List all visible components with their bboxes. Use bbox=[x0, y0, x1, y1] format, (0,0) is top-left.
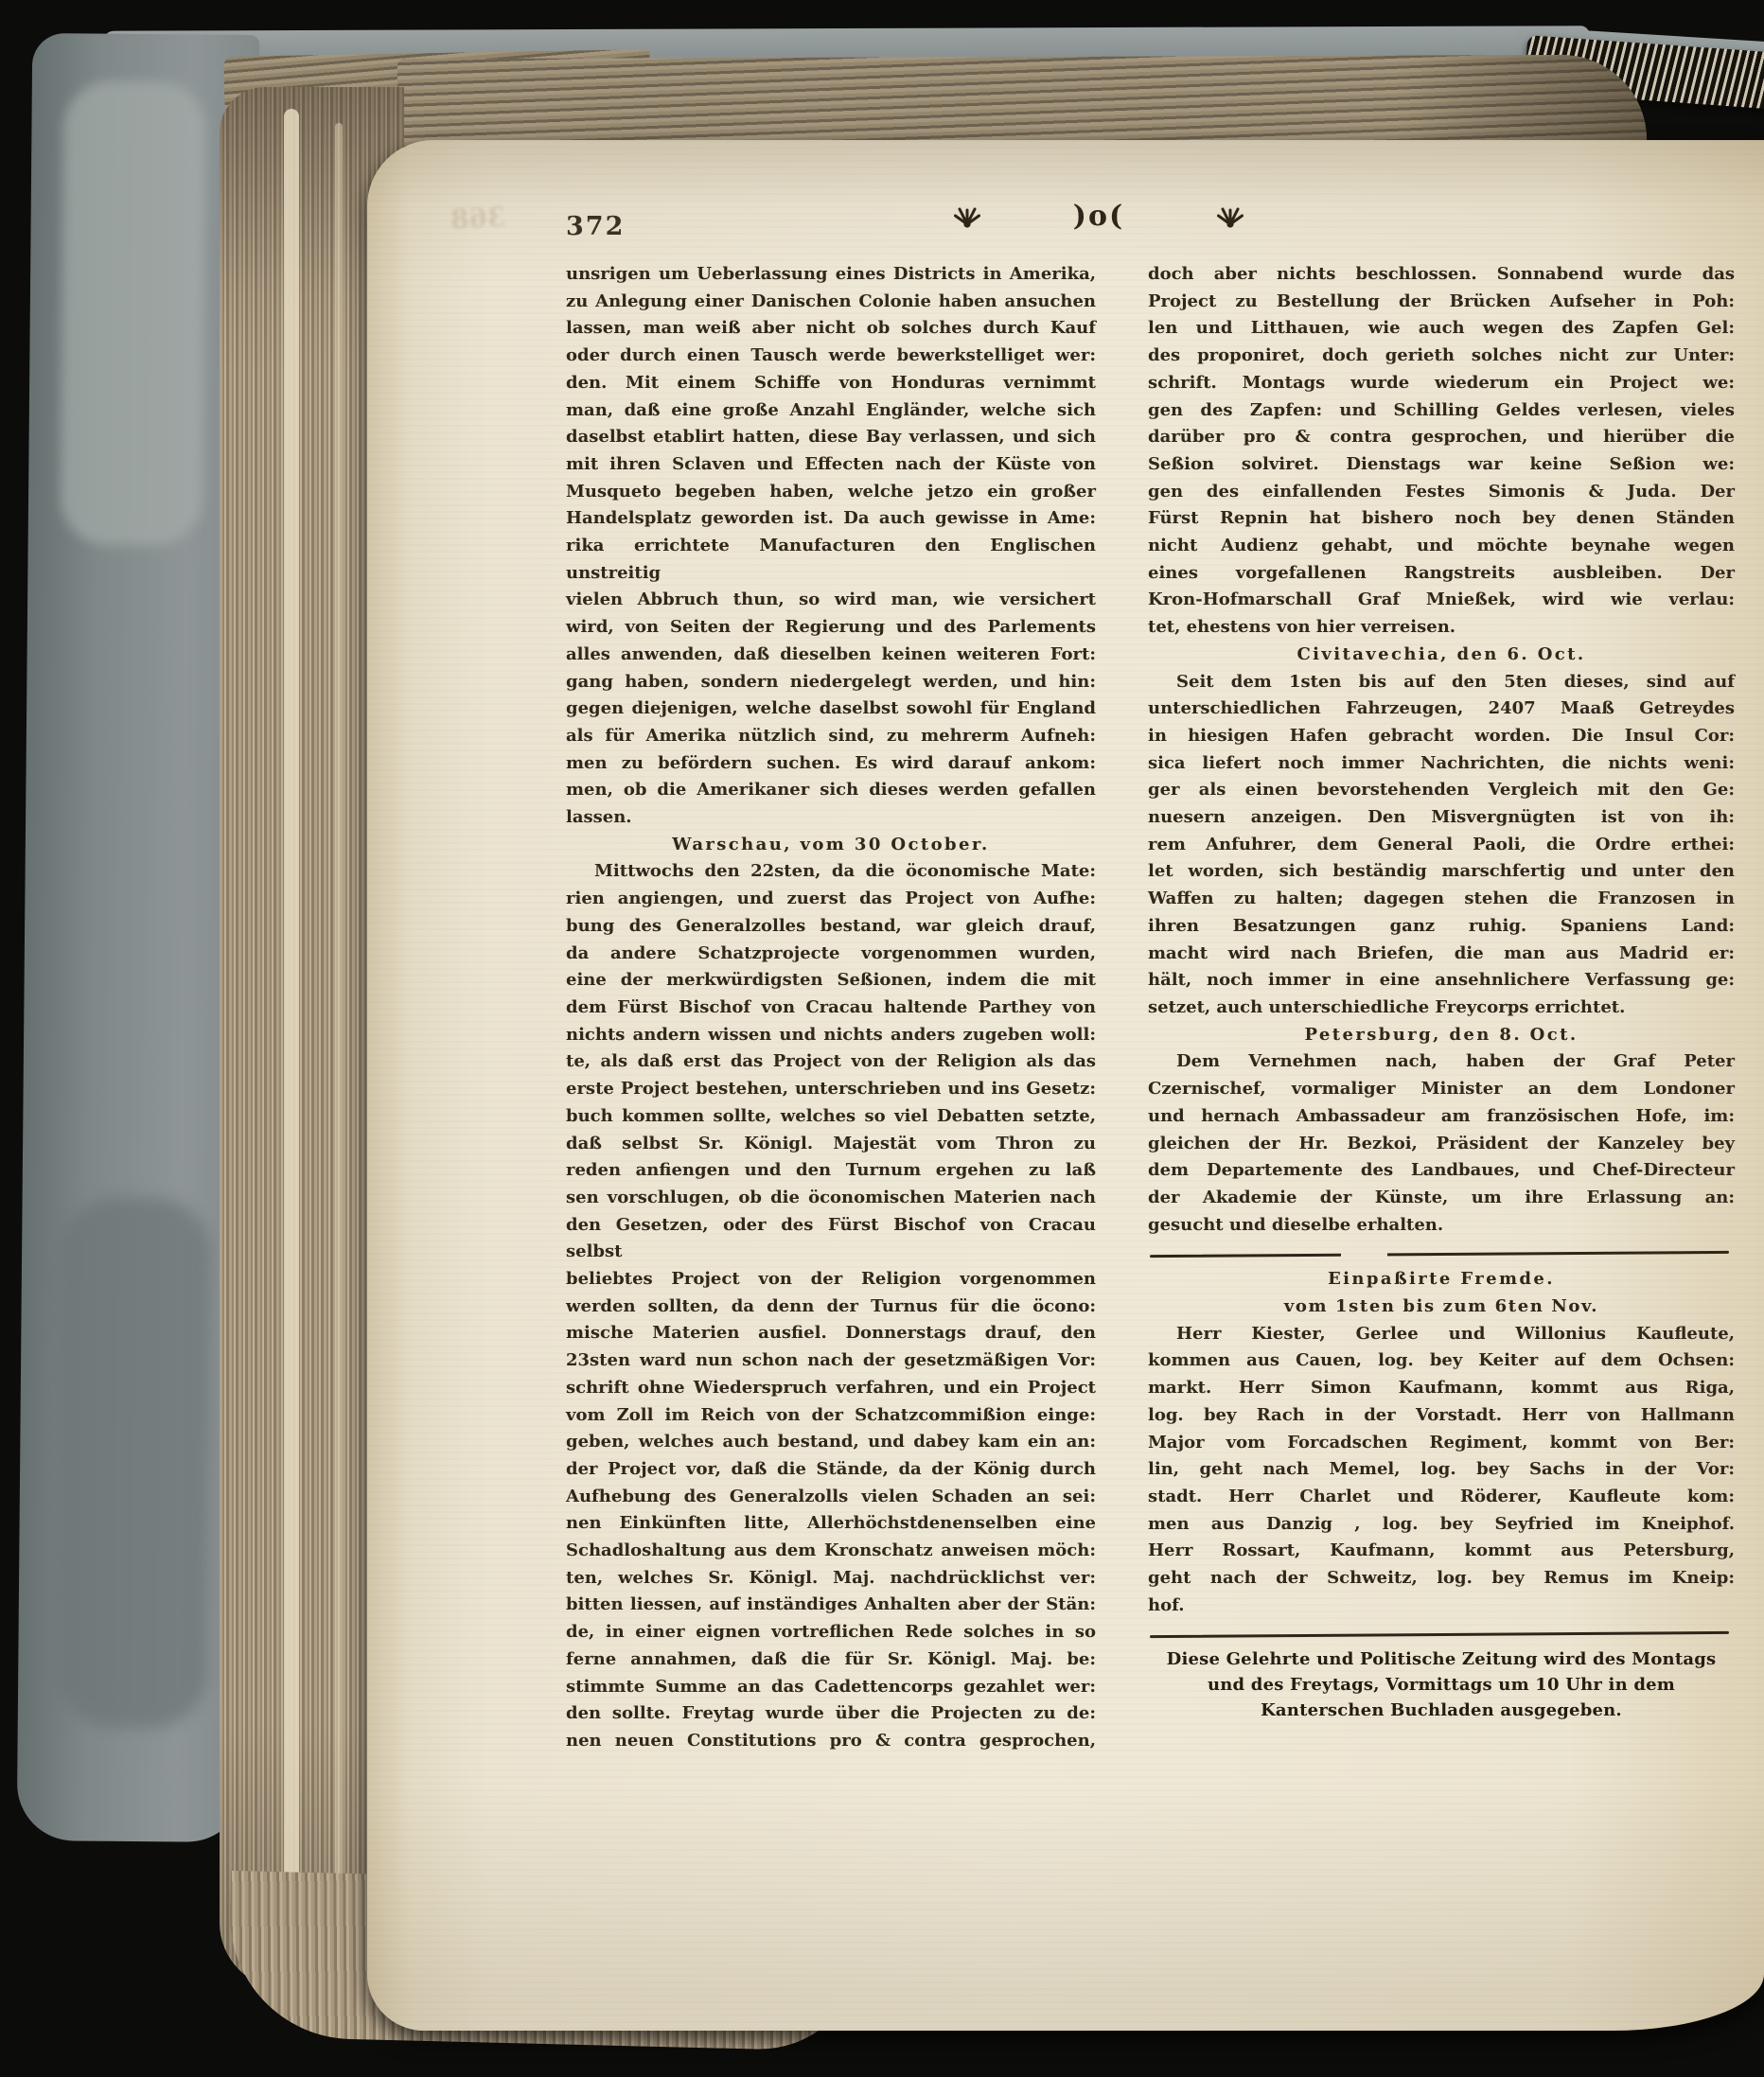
text-line: Dem Vernehmen nach, haben der Graf Peter bbox=[1148, 1048, 1735, 1076]
text-line: oder durch einen Tausch werde bewerkstel… bbox=[566, 343, 1096, 370]
text-line: markt. Herr Simon Kaufmann, kommt aus Ri… bbox=[1148, 1375, 1735, 1402]
text-line: den Gesetzen, oder des Fürst Bischof von… bbox=[566, 1212, 1096, 1266]
text-column-right: doch aber nichts beschlossen. Sonnabend … bbox=[1148, 261, 1735, 1723]
text-line: de, in einer eignen vortreflichen Rede s… bbox=[566, 1619, 1096, 1646]
text-line: stimmte Summe an das Cadettencorps gezah… bbox=[566, 1674, 1096, 1701]
text-line: Herr Rossart, Kaufmann, kommt aus Peters… bbox=[1148, 1538, 1735, 1565]
text-line: Schadloshaltung aus dem Kronschatz anwei… bbox=[566, 1538, 1096, 1565]
text-line: rien angiengen, und zuerst das Project v… bbox=[566, 886, 1096, 913]
text-line: man, daß eine große Anzahl Engländer, we… bbox=[566, 397, 1096, 425]
paragraph: Mittwochs den 22sten, da die öconomische… bbox=[566, 858, 1096, 1754]
text-line: bitten liessen, auf inständiges Anhalten… bbox=[566, 1592, 1096, 1619]
text-line: gleichen der Hr. Bezkoi, Präsident der K… bbox=[1148, 1131, 1735, 1158]
text-line: darüber pro & contra gesprochen, und hie… bbox=[1148, 424, 1735, 451]
shell-ornament-icon bbox=[952, 202, 982, 230]
section-rule bbox=[1150, 1631, 1729, 1638]
text-line: den sollte. Freytag wurde über die Proje… bbox=[566, 1700, 1096, 1728]
text-line: unterschiedlichen Fahrzeugen, 2407 Maaß … bbox=[1148, 695, 1735, 723]
text-line: vielen Abbruch thun, so wird man, wie ve… bbox=[566, 587, 1096, 614]
text-line: zu Anlegung einer Danischen Colonie habe… bbox=[566, 289, 1096, 316]
text-line: den. Mit einem Schiffe von Honduras vern… bbox=[566, 370, 1096, 397]
text-line: sen vorschlugen, ob die öconomischen Mat… bbox=[566, 1185, 1096, 1212]
text-line: werden sollten, da denn der Turnus für d… bbox=[566, 1294, 1096, 1321]
text-line: Fürst Repnin hat bishero noch bey denen … bbox=[1148, 505, 1735, 533]
text-line: Czernischef, vormaliger Minister an dem … bbox=[1148, 1076, 1735, 1103]
text-line: hält, noch immer in eine ansehnlichere V… bbox=[1148, 967, 1735, 994]
text-line: Mittwochs den 22sten, da die öconomische… bbox=[566, 858, 1096, 886]
text-line: dem Fürst Bischof von Cracau haltende Pa… bbox=[566, 994, 1096, 1022]
text-line: erste Project bestehen, unterschrieben u… bbox=[566, 1076, 1096, 1103]
text-line: daß selbst Sr. Königl. Majestät vom Thro… bbox=[566, 1131, 1096, 1158]
center-ornament: )o( bbox=[1073, 200, 1124, 233]
shell-ornament-icon bbox=[1215, 202, 1245, 230]
paragraph: unsrigen um Ueberlassung eines Districts… bbox=[566, 261, 1096, 832]
text-line: lin, geht nach Memel, log. bey Sachs in … bbox=[1148, 1456, 1735, 1484]
text-line: hof. bbox=[1148, 1593, 1735, 1620]
section-rule bbox=[1150, 1251, 1729, 1258]
text-line: gang haben, sondern niedergelegt werden,… bbox=[566, 669, 1096, 696]
text-line: Warschau, vom 30 October. bbox=[566, 832, 1096, 859]
text-line: Petersburg, den 8. Oct. bbox=[1148, 1022, 1735, 1049]
text-line: ihren Besatzungen ganz ruhig. Spaniens L… bbox=[1148, 913, 1735, 941]
text-line: bung des Generalzolles bestand, war glei… bbox=[566, 913, 1096, 941]
paragraph: doch aber nichts beschlossen. Sonnabend … bbox=[1148, 261, 1735, 642]
text-line: eines vorgefallenen Rangstreits ausbleib… bbox=[1148, 560, 1735, 588]
text-line: geben, welches auch bestand, und dabey k… bbox=[566, 1429, 1096, 1456]
page-stack-top-edge bbox=[397, 55, 1647, 154]
text-line: stadt. Herr Charlet und Röderer, Kaufleu… bbox=[1148, 1484, 1735, 1511]
text-line: und des Freytags, Vormittags um 10 Uhr i… bbox=[1148, 1672, 1735, 1698]
header-ornaments: )o( bbox=[952, 195, 1245, 237]
text-line: gen des einfallenden Festes Simonis & Ju… bbox=[1148, 479, 1735, 506]
text-line: da andere Schatzprojecte vorgenommen wur… bbox=[566, 941, 1096, 968]
book-page: 368 372 )o( bbox=[367, 140, 1764, 2031]
text-line: eine der merkwürdigsten Seßionen, indem … bbox=[566, 967, 1096, 994]
text-line: Aufhebung des Generalzolls vielen Schade… bbox=[566, 1484, 1096, 1511]
text-line: men, ob die Amerikaner sich dieses werde… bbox=[566, 777, 1096, 804]
text-line: alles anwenden, daß dieselben keinen wei… bbox=[566, 642, 1096, 669]
text-line: der Akademie der Künste, um ihre Erlassu… bbox=[1148, 1185, 1735, 1212]
text-line: len und Litthauen, wie auch wegen des Za… bbox=[1148, 315, 1735, 343]
dateline-heading: Civitavechia, den 6. Oct. bbox=[1148, 642, 1735, 669]
text-line: log. bey Rach in der Vorstadt. Herr von … bbox=[1148, 1402, 1735, 1430]
text-line: dem Departemente des Landbaues, und Chef… bbox=[1148, 1157, 1735, 1185]
text-column-left: unsrigen um Ueberlassung eines Districts… bbox=[566, 261, 1096, 1755]
paragraph: Dem Vernehmen nach, haben der Graf Peter… bbox=[1148, 1048, 1735, 1239]
text-line: ten, welches Sr. Königl. Maj. nachdrückl… bbox=[566, 1565, 1096, 1593]
text-line: buch kommen sollte, welches so viel Deba… bbox=[566, 1103, 1096, 1131]
text-line: lassen. bbox=[566, 804, 1096, 832]
text-line: vom 1sten bis zum 6ten Nov. bbox=[1148, 1294, 1735, 1321]
text-line: reden anfiengen und den Turnum ergehen z… bbox=[566, 1157, 1096, 1185]
text-line: ger als einen bevorstehenden Vergleich m… bbox=[1148, 777, 1735, 804]
text-line: geht nach der Schweitz, log. bey Remus i… bbox=[1148, 1565, 1735, 1593]
text-line: nichts andern wissen und nichts anders z… bbox=[566, 1022, 1096, 1049]
text-line: Diese Gelehrte und Politische Zeitung wi… bbox=[1148, 1646, 1735, 1672]
scanned-book-photo: 368 372 )o( bbox=[0, 0, 1764, 2077]
text-line: nen Einkünften litte, Allerhöchstdenense… bbox=[566, 1510, 1096, 1538]
text-line: in hiesigen Hafen gebracht worden. Die I… bbox=[1148, 723, 1735, 750]
text-line: gen des Zapfen: und Schilling Geldes ver… bbox=[1148, 397, 1735, 425]
text-line: schrift ohne Wiederspruch verfahren, und… bbox=[566, 1375, 1096, 1402]
page-number: 372 bbox=[566, 212, 625, 241]
text-line: 23sten ward nun schon nach der gesetzmäß… bbox=[566, 1347, 1096, 1375]
text-line: setzet, auch unterschiedliche Freycorps … bbox=[1148, 994, 1735, 1022]
page-stack-light-strip bbox=[284, 109, 299, 1954]
page-stack-light-strip bbox=[335, 123, 343, 1940]
text-line: Waffen zu halten; dagegen stehen die Fra… bbox=[1148, 886, 1735, 913]
text-line: lassen, man weiß aber nicht ob solches d… bbox=[566, 315, 1096, 343]
text-line: sica liefert noch immer Nachrichten, die… bbox=[1148, 750, 1735, 778]
text-line: rem Anfuhrer, dem General Paoli, die Ord… bbox=[1148, 832, 1735, 859]
text-line: Einpaßirte Fremde. bbox=[1148, 1266, 1735, 1294]
text-line: daselbst etablirt hatten, diese Bay verl… bbox=[566, 424, 1096, 451]
text-line: Handelsplatz geworden ist. Da auch gewis… bbox=[566, 505, 1096, 533]
text-line: schrift. Montags wurde wiederum ein Proj… bbox=[1148, 370, 1735, 397]
paragraph: Herr Kiester, Gerlee und Willonius Kaufl… bbox=[1148, 1321, 1735, 1620]
text-line: des proponiret, doch gerieth solches nic… bbox=[1148, 343, 1735, 370]
text-line: gesucht und dieselbe erhalten. bbox=[1148, 1212, 1735, 1240]
text-line: wird, von Seiten der Regierung und des P… bbox=[566, 614, 1096, 642]
text-line: unsrigen um Ueberlassung eines Districts… bbox=[566, 261, 1096, 289]
text-line: Herr Kiester, Gerlee und Willonius Kaufl… bbox=[1148, 1321, 1735, 1348]
text-line: der Project vor, daß die Stände, da der … bbox=[566, 1456, 1096, 1484]
text-line: mische Materien ausfiel. Donnerstags dra… bbox=[566, 1320, 1096, 1347]
text-line: beliebtes Project von der Religion vorge… bbox=[566, 1266, 1096, 1294]
text-line: tet, ehestens von hier verreisen. bbox=[1148, 614, 1735, 642]
text-line: rika errichtete Manufacturen den Englisc… bbox=[566, 533, 1096, 587]
text-line: te, als daß erst das Project von der Rel… bbox=[566, 1048, 1096, 1076]
text-line: als für Amerika nützlich sind, zu mehrer… bbox=[566, 723, 1096, 750]
text-line: doch aber nichts beschlossen. Sonnabend … bbox=[1148, 261, 1735, 289]
dateline-heading: Warschau, vom 30 October. bbox=[566, 832, 1096, 859]
text-line: gegen diejenigen, welche daselbst sowohl… bbox=[566, 695, 1096, 723]
paragraph: Seit dem 1sten bis auf den 5ten dieses, … bbox=[1148, 669, 1735, 1022]
text-line: men zu befördern suchen. Es wird darauf … bbox=[566, 750, 1096, 778]
text-line: Major vom Forcadschen Regiment, kommt vo… bbox=[1148, 1430, 1735, 1457]
text-line: men aus Danzig , log. bey Seyfried im Kn… bbox=[1148, 1511, 1735, 1539]
text-line: kommen aus Cauen, log. bey Keiter auf de… bbox=[1148, 1347, 1735, 1375]
text-line: vom Zoll im Reich von der Schatzcommißio… bbox=[566, 1402, 1096, 1430]
text-line: let worden, sich beständig marschfertig … bbox=[1148, 858, 1735, 886]
subheading: vom 1sten bis zum 6ten Nov. bbox=[1148, 1294, 1735, 1321]
text-line: nicht Audienz gehabt, und möchte beynahe… bbox=[1148, 533, 1735, 560]
text-line: Kanterschen Buchladen ausgegeben. bbox=[1148, 1698, 1735, 1723]
text-line: nuesern anzeigen. Den Misvergnügten ist … bbox=[1148, 804, 1735, 832]
text-line: mit ihren Sclaven und Effecten nach der … bbox=[566, 451, 1096, 479]
text-line: nen neuen Constitutions pro & contra ges… bbox=[566, 1728, 1096, 1755]
text-line: Seßion solviret. Dienstags war keine Seß… bbox=[1148, 451, 1735, 479]
text-line: Project zu Bestellung der Brücken Aufseh… bbox=[1148, 289, 1735, 316]
bleedthrough-text: 368 bbox=[450, 201, 506, 235]
text-line: ferne annahmen, daß die für Sr. Königl. … bbox=[566, 1646, 1096, 1674]
text-line: und hernach Ambassadeur am französischen… bbox=[1148, 1103, 1735, 1131]
text-line: Civitavechia, den 6. Oct. bbox=[1148, 642, 1735, 669]
text-line: Musqueto begeben haben, welche jetzo ein… bbox=[566, 479, 1096, 506]
colophon: Diese Gelehrte und Politische Zeitung wi… bbox=[1148, 1646, 1735, 1723]
text-line: macht wird nach Briefen, die man aus Mad… bbox=[1148, 941, 1735, 968]
text-line: Seit dem 1sten bis auf den 5ten dieses, … bbox=[1148, 669, 1735, 696]
text-line: Kron-Hofmarschall Graf Mnießek, wird wie… bbox=[1148, 587, 1735, 614]
dateline-heading: Petersburg, den 8. Oct. bbox=[1148, 1022, 1735, 1049]
dateline-heading: Einpaßirte Fremde. bbox=[1148, 1266, 1735, 1294]
